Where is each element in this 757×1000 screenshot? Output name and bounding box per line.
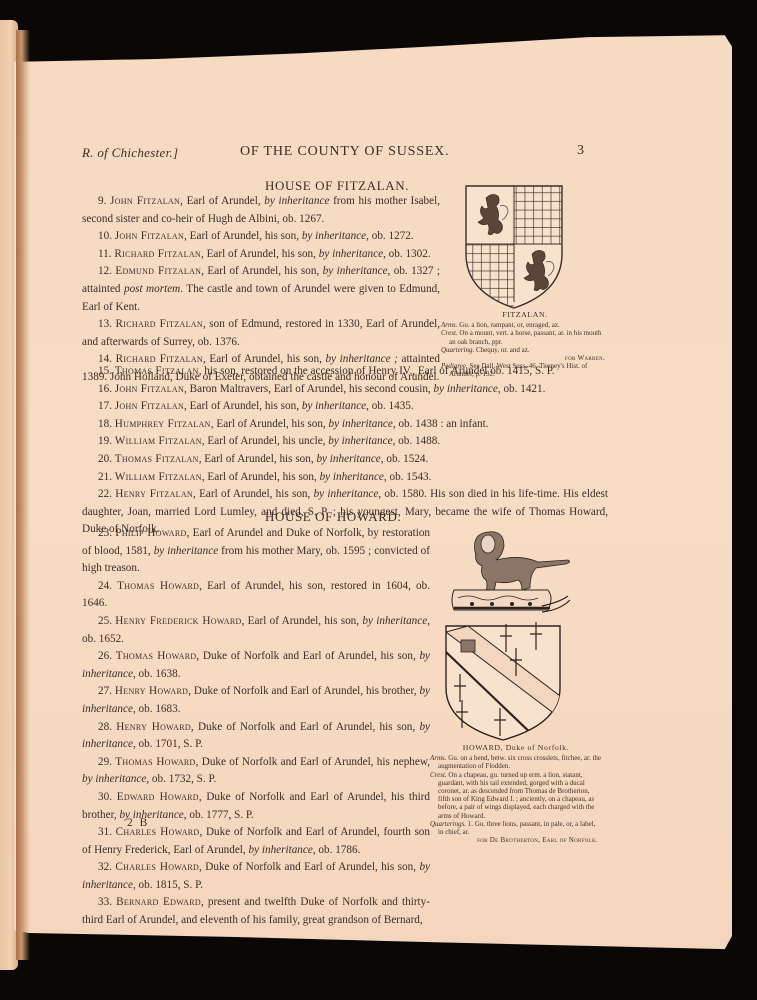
caption-label: Quarterings.: [430, 820, 466, 828]
entry-text: , Earl of Arundel, his son,: [211, 418, 329, 430]
entry-number: 12.: [98, 265, 112, 277]
entry-number: 30.: [98, 791, 112, 803]
person-name: William Fitzalan: [115, 471, 202, 483]
entry-number: 17.: [98, 400, 112, 412]
entry-text: , ob. 1683.: [133, 703, 181, 715]
person-name: Henry Fitzalan: [115, 488, 193, 500]
entry-29: 29. Thomas Howard, Duke of Norfolk and E…: [82, 754, 430, 789]
entry-italic: by inheritance: [320, 471, 384, 483]
fitzalan-entries-narrow: 9. John Fitzalan, Earl of Arundel, by in…: [82, 193, 440, 387]
entry-number: 27.: [98, 685, 112, 697]
entry-text: , Earl of Arundel,: [180, 195, 264, 207]
entry-text: , Earl of Arundel, his son,: [202, 471, 320, 483]
shield-icon: [464, 184, 564, 310]
entry-italic: by inheritance: [302, 400, 366, 412]
entry-number: 21.: [98, 471, 112, 483]
person-name: Thomas Fitzalan: [115, 365, 199, 377]
page-number: 3: [577, 143, 584, 159]
entry-16: 16. John Fitzalan, Baron Maltravers, Ear…: [82, 381, 608, 399]
person-name: John Fitzalan: [115, 383, 184, 395]
person-name: Thomas Howard: [117, 580, 199, 592]
entry-number: 19.: [98, 435, 112, 447]
person-name: William Fitzalan: [115, 435, 202, 447]
entry-italic: by inheritance: [319, 248, 383, 260]
person-name: John Fitzalan: [115, 400, 184, 412]
entry-italic: by inheritance: [329, 418, 393, 430]
howard-caption-title: HOWARD, Duke of Norfolk.: [430, 744, 602, 752]
caption-text: for De Brotherton, Earl of Norfolk.: [477, 836, 598, 844]
entry-13: 13. Richard Fitzalan, son of Edmund, res…: [82, 316, 440, 351]
caption-text: See Dall. West Suss. 46. Tierney's Hist.…: [449, 362, 587, 378]
person-name: Richard Fitzalan: [116, 318, 203, 330]
entry-text: , ob. 1543.: [384, 471, 432, 483]
entry-italic: by inheritance: [302, 230, 366, 242]
entry-text: , Earl of Arundel, his son,: [201, 265, 322, 277]
person-name: Bernard Edward: [116, 896, 201, 908]
caption-line: Quarterings. 1. Gu. three lions, passant…: [430, 820, 602, 836]
caption-line: Arms. Gu. on a bend, betw. six cross cro…: [430, 754, 602, 770]
caption-text: Chequy, or. and az.: [474, 346, 529, 354]
caption-label: Arms.: [441, 321, 458, 329]
person-name: Thomas Howard: [115, 756, 195, 768]
entry-12: 12. Edmund Fitzalan, Earl of Arundel, hi…: [82, 263, 440, 316]
entry-text: , ob. 1272.: [366, 230, 414, 242]
entry-italic: post mortem: [124, 283, 180, 295]
entry-number: 20.: [98, 453, 112, 465]
entry-21: 21. William Fitzalan, Earl of Arundel, h…: [82, 469, 608, 487]
entry-text: , Duke of Norfolk and Earl of Arundel, h…: [196, 756, 430, 768]
entry-italic: by inheritance: [323, 265, 388, 277]
caption-text: Gu. on a bend, betw. six cross crosslets…: [438, 754, 601, 770]
caption-text: for Warren.: [565, 354, 605, 362]
entry-text: , Earl of Arundel, his son,: [199, 453, 317, 465]
entry-18: 18. Humphrey Fitzalan, Earl of Arundel, …: [82, 416, 608, 434]
entry-italic: by inheritance: [249, 844, 313, 856]
entry-number: 11.: [98, 248, 112, 260]
entry-text: , Duke of Norfolk and Earl of Arundel, h…: [199, 861, 419, 873]
entry-17: 17. John Fitzalan, Earl of Arundel, his …: [82, 398, 608, 416]
caption-label: Arms.: [430, 754, 447, 762]
person-name: Thomas Fitzalan: [115, 453, 199, 465]
running-head-title: OF THE COUNTY OF SUSSEX.: [240, 144, 449, 160]
fitzalan-arms-caption: FITZALAN. Arms. Gu. a lion, rampant, or,…: [441, 311, 609, 379]
entry-text: , ob. 1524.: [381, 453, 429, 465]
caption-label: Crest.: [441, 329, 458, 337]
entry-10: 10. John Fitzalan, Earl of Arundel, his …: [82, 228, 440, 246]
person-name: Thomas Howard: [116, 650, 197, 662]
entry-italic: by inheritance: [434, 383, 498, 395]
entry-text: , Earl of Arundel, his uncle,: [202, 435, 328, 447]
entry-number: 24.: [98, 580, 112, 592]
entry-24: 24. Thomas Howard, Earl of Arundel, his …: [82, 578, 430, 613]
person-name: Philip Howard: [115, 527, 186, 539]
entry-31: 31. Charles Howard, Duke of Norfolk and …: [82, 824, 430, 859]
entry-text: , Duke of Norfolk and Earl of Arundel, h…: [196, 650, 419, 662]
entry-number: 25.: [98, 615, 112, 627]
entry-number: 18.: [98, 418, 112, 430]
entry-number: 26.: [98, 650, 112, 662]
entry-italic: by inheritance: [154, 545, 218, 557]
entry-text: , ob. 1435.: [366, 400, 414, 412]
person-name: Henry Howard: [116, 721, 191, 733]
entry-number: 32.: [98, 861, 112, 873]
person-name: Edmund Fitzalan: [115, 265, 201, 277]
person-name: Henry Frederick Howard: [115, 615, 241, 627]
section-title-howard: HOUSE OF HOWARD.: [265, 509, 401, 525]
entry-text: , Earl of Arundel, his son,: [193, 488, 314, 500]
entry-23: 23. Philip Howard, Earl of Arundel and D…: [82, 525, 430, 578]
entry-text: , ob. 1815, S. P.: [133, 879, 203, 891]
caption-line: Crest. On a mount, vert. a horse, passan…: [441, 329, 609, 345]
entry-33: 33. Bernard Edward, present and twelfth …: [82, 894, 430, 929]
entry-number: 23.: [98, 527, 112, 539]
entry-italic: by inheritance: [316, 453, 380, 465]
entry-text: , ob. 1488.: [393, 435, 441, 447]
entry-text: , Duke of Norfolk and Earl of Arundel, h…: [191, 721, 420, 733]
entry-italic: by inheritance: [264, 195, 329, 207]
caption-line: for Warren.: [441, 354, 609, 362]
entry-text: , Earl of Arundel, his son,: [184, 400, 302, 412]
entry-19: 19. William Fitzalan, Earl of Arundel, h…: [82, 433, 608, 451]
entry-number: 22.: [98, 488, 112, 500]
fitzalan-coat-of-arms: [464, 184, 564, 310]
entry-27: 27. Henry Howard, Duke of Norfolk and Ea…: [82, 683, 430, 718]
caption-label: Pedigree.: [441, 362, 468, 370]
howard-arms-caption: HOWARD, Duke of Norfolk. Arms. Gu. on a …: [430, 744, 602, 844]
signature-mark: 2 B: [127, 817, 149, 829]
entry-text: , ob. 1732, S. P.: [146, 773, 216, 785]
caption-text: Gu. a lion, rampant, or, enraged, az.: [458, 321, 560, 329]
entry-text: , Baron Maltravers, Earl of Arundel, his…: [184, 383, 433, 395]
entry-text: , Earl of Arundel, his son,: [201, 248, 319, 260]
entry-text: , ob. 1701, S. P.: [133, 738, 203, 750]
caption-line: for De Brotherton, Earl of Norfolk.: [430, 836, 602, 844]
caption-line: Crest. On a chapeau, gu. turned up erm. …: [430, 771, 602, 820]
entry-number: 10.: [98, 230, 112, 242]
entry-number: 31.: [98, 826, 112, 838]
entry-text: , Duke of Norfolk and Earl of Arundel, h…: [188, 685, 419, 697]
person-name: Charles Howard: [115, 861, 199, 873]
caption-label: Quartering.: [441, 346, 474, 354]
person-name: John Fitzalan: [110, 195, 180, 207]
fitzalan-caption-title: FITZALAN.: [441, 311, 609, 319]
caption-label: Crest.: [430, 771, 447, 779]
entry-number: 33.: [98, 896, 112, 908]
entry-italic: by inheritance: [328, 435, 392, 447]
entry-20: 20. Thomas Fitzalan, Earl of Arundel, hi…: [82, 451, 608, 469]
entry-number: 9.: [98, 195, 106, 207]
howard-entries: 23. Philip Howard, Earl of Arundel and D…: [82, 525, 430, 930]
entry-text: , Earl of Arundel, his son,: [242, 615, 363, 627]
person-name: Humphrey Fitzalan: [115, 418, 211, 430]
person-name: John Fitzalan: [115, 230, 184, 242]
entry-italic: by inheritance: [362, 615, 427, 627]
caption-line: Pedigree. See Dall. West Suss. 46. Tiern…: [441, 362, 609, 378]
entry-number: 13.: [98, 318, 112, 330]
caption-text: On a chapeau, gu. turned up erm. a lion,…: [438, 771, 594, 820]
caption-line: Quartering. Chequy, or. and az.: [441, 346, 609, 354]
entry-italic: by inheritance: [314, 488, 379, 500]
entry-text: , ob. 1302.: [383, 248, 431, 260]
entry-number: 15.: [98, 365, 112, 377]
entry-text: , ob. 1638.: [133, 668, 181, 680]
entry-number: 28.: [98, 721, 112, 733]
entry-text: , ob. 1421.: [498, 383, 546, 395]
entry-number: 16.: [98, 383, 112, 395]
person-name: Henry Howard: [115, 685, 188, 697]
howard-coat-of-arms: [438, 528, 588, 742]
entry-28: 28. Henry Howard, Duke of Norfolk and Ea…: [82, 719, 430, 754]
page-content: R. of Chichester.] OF THE COUNTY OF SUSS…: [0, 0, 757, 1000]
entry-32: 32. Charles Howard, Duke of Norfolk and …: [82, 859, 430, 894]
entry-9: 9. John Fitzalan, Earl of Arundel, by in…: [82, 193, 440, 228]
entry-25: 25. Henry Frederick Howard, Earl of Arun…: [82, 613, 430, 648]
entry-11: 11. Richard Fitzalan, Earl of Arundel, h…: [82, 246, 440, 264]
crest-shield-icon: [438, 528, 588, 742]
running-head-left: R. of Chichester.]: [82, 145, 178, 161]
person-name: Edward Howard: [117, 791, 199, 803]
caption-text: On a mount, vert. a horse, passant, ar. …: [449, 329, 602, 345]
caption-line: Arms. Gu. a lion, rampant, or, enraged, …: [441, 321, 609, 329]
entry-text: , ob. 1438 : an infant.: [393, 418, 489, 430]
section-title-fitzalan: HOUSE OF FITZALAN.: [265, 178, 409, 194]
entry-text: , Earl of Arundel, his son,: [184, 230, 302, 242]
entry-26: 26. Thomas Howard, Duke of Norfolk and E…: [82, 648, 430, 683]
entry-text: , ob. 1777, S. P.: [184, 809, 254, 821]
entry-italic: by inheritance: [82, 773, 146, 785]
person-name: Richard Fitzalan: [114, 248, 201, 260]
entry-number: 29.: [98, 756, 112, 768]
entry-text: , ob. 1786.: [313, 844, 361, 856]
